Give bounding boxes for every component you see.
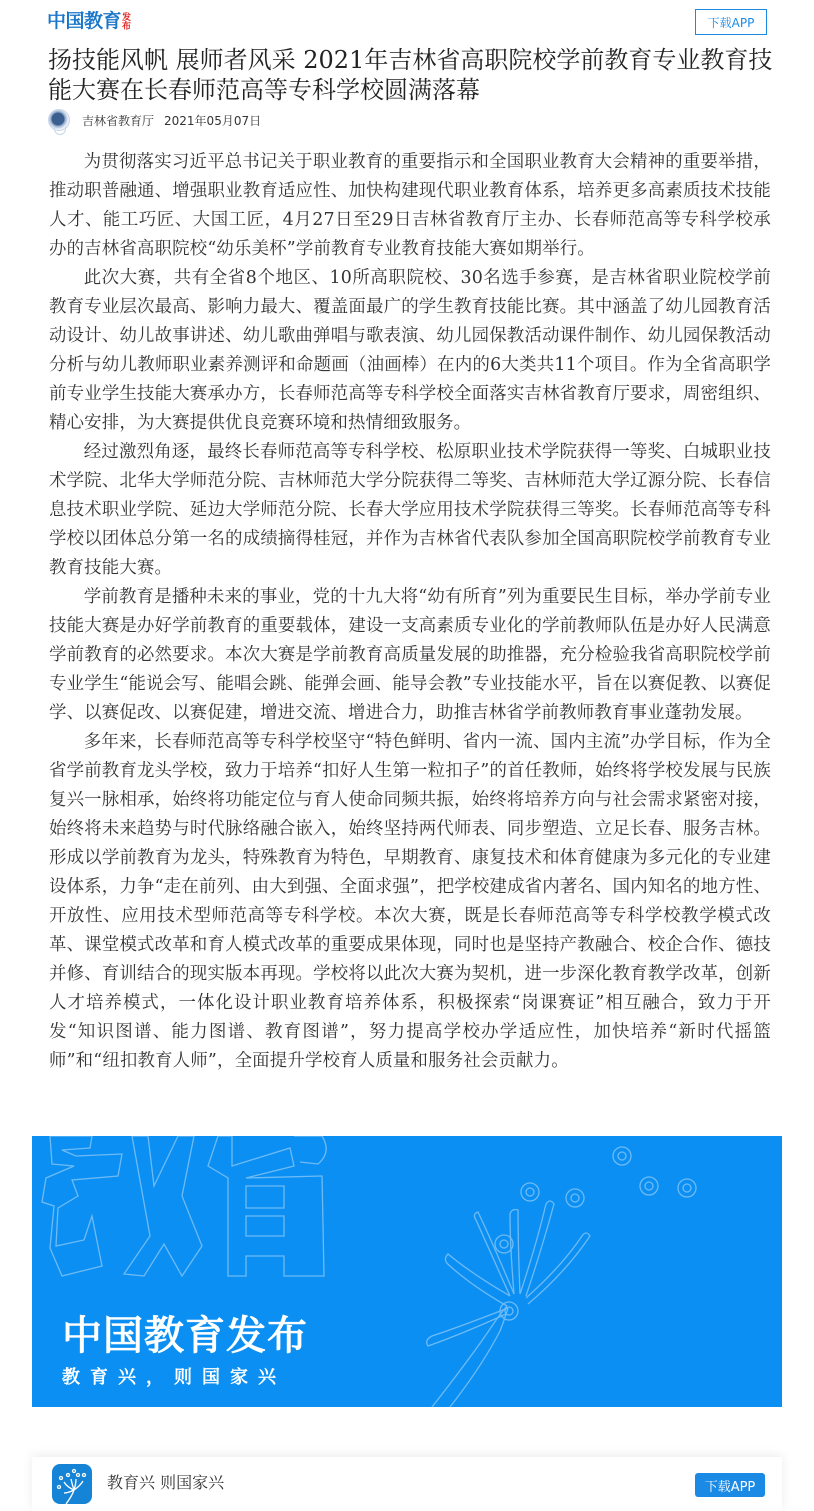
logo-main-text: 中国教育 (47, 10, 121, 32)
article-paragraph: 为贯彻落实习近平总书记关于职业教育的重要指示和全国职业教育大会精神的重要举措，推… (49, 148, 771, 264)
app-download-bar: 教育兴 则国家兴 下载APP (32, 1457, 782, 1511)
avatar-decoration-icon (54, 127, 66, 135)
source-avatar (46, 105, 72, 135)
article-date: 2021年05月07日 (164, 112, 261, 129)
article-paragraph: 经过激烈角逐，最终长春师范高等专科学校、松原职业技术学院获得一等奖、白城职业技术… (49, 438, 771, 583)
article-paragraph: 学前教育是播种未来的事业，党的十九大将“幼有所育”列为重要民生目标，举办学前专业… (49, 583, 771, 728)
article-body: 为贯彻落实习近平总书记关于职业教育的重要指示和全国职业教育大会精神的重要举措，推… (49, 148, 771, 1076)
app-slogan: 教育兴 则国家兴 (107, 1472, 224, 1494)
article-title: 扬技能风帆 展师者风采 2021年吉林省高职院校学前教育专业教育技能大赛在长春师… (48, 45, 778, 105)
site-logo[interactable]: 中国教育 发 布 (47, 10, 131, 32)
top-header: 中国教育 发 布 下载APP (0, 0, 814, 44)
brand-banner-image: 中国教育发布 教育兴，则国家兴 (32, 1136, 782, 1407)
download-app-button-top[interactable]: 下载APP (695, 9, 767, 35)
download-app-button-bottom[interactable]: 下载APP (695, 1473, 765, 1497)
article-source: 吉林省教育厅 (82, 112, 154, 129)
article-meta: 吉林省教育厅 2021年05月07日 (46, 108, 261, 132)
article-paragraph: 此次大赛，共有全省8个地区、10所高职院校、30名选手参赛，是吉林省职业院校学前… (49, 264, 771, 438)
banner-subtitle: 教育兴，则国家兴 (62, 1367, 286, 1389)
dandelion-app-icon (52, 1464, 92, 1504)
logo-sub-bottom: 布 (122, 23, 131, 32)
logo-sub-text: 发 布 (122, 14, 131, 32)
banner-title: 中国教育发布 (62, 1314, 308, 1358)
article-paragraph: 多年来，长春师范高等专科学校坚守“特色鲜明、省内一流、国内主流”办学目标，作为全… (49, 728, 771, 1076)
